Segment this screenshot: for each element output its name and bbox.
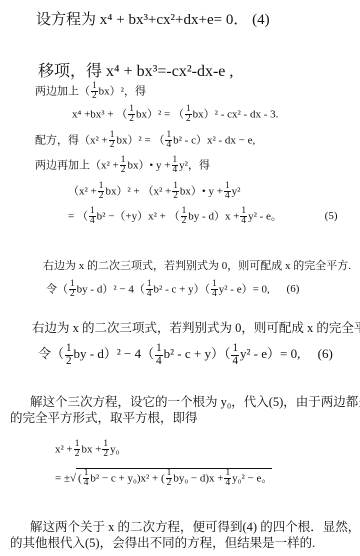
root-equation-rhs: = ±√(14b² − c + y₀)x² + (12by₀ − d)x +14… [55, 468, 272, 489]
solve-cubic-para-line2: 的完全平方形式，取平方根，即得 [10, 408, 198, 426]
equation-step-1: x⁴ +bx³ + （12bx）² = （12bx）² - cx² - dx -… [72, 105, 278, 125]
discriminant-note-2: 右边为 x 的二次三项式，若判别式为 0，则可配成 x 的完全平方. [32, 318, 360, 336]
fraction: 12 [91, 82, 98, 102]
text: bx）²，得 [99, 85, 146, 97]
equation-step-2: （x² +12bx）² + （x² +12bx）• y +14y² [68, 182, 240, 202]
add-again-line: 两边再加上（x² +12bx）• y +14y²，得 [35, 156, 210, 176]
root-equation-lhs: x² +12bx +12y₀ [55, 440, 119, 460]
add-both-sides-line: 两边加上（12bx）²，得 [35, 82, 146, 102]
conclusion-para-line2: 的其他根代入(5)，会得出不同的方程，但结果是一样的. [10, 533, 315, 551]
equation-6-repeat: 令（12by - d）² − 4（14b² - c + y）（14y² - e）… [38, 343, 333, 367]
move-terms-line: 移项，得 x⁴ + bx³=-cx²-dx-e , [38, 58, 233, 81]
text: 两边加上（ [35, 85, 90, 97]
complete-square-line: 配方，得（x² +12bx）² = （14b² - c）x² - dx − e, [35, 131, 255, 151]
equation-number: (5) [325, 210, 338, 222]
equation-5: = （14b² −（+y）x² + （12by - d）x +14y² - e。… [68, 207, 338, 227]
equation-4: 设方程为 x⁴ + bx³+cx²+dx+e= 0． (4) [36, 8, 270, 29]
equation-6: 令（12by - d）² − 4（14b² - c + y）（14y² - e）… [46, 280, 299, 300]
discriminant-note: 右边为 x 的二次三项式，若判别式为 0，则可配成 x 的完全平方. [43, 257, 351, 273]
